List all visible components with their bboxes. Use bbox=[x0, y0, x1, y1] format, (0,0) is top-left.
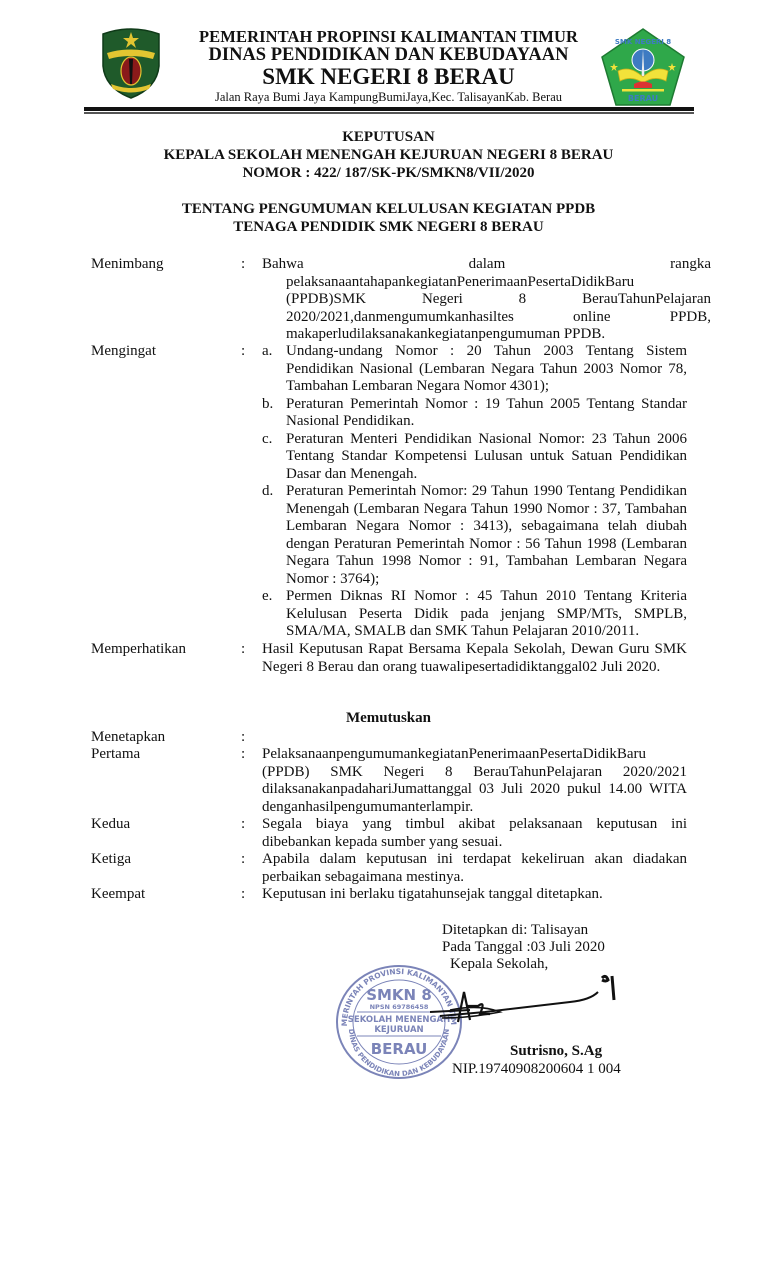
mengingat-item-a: a. Undang-undang Nomor : 20 Tahun 2003 T… bbox=[262, 343, 687, 396]
item-text: Undang-undang Nomor : 20 Tahun 2003 Tent… bbox=[286, 343, 687, 394]
item-text: Peraturan Menteri Pendidikan Nasional No… bbox=[286, 431, 687, 482]
mengingat-item-c: c. Peraturan Menteri Pendidikan Nasional… bbox=[262, 431, 687, 484]
item-letter: b. bbox=[262, 396, 273, 414]
letterhead-school-name: SMK NEGERI 8 BERAU bbox=[0, 64, 777, 90]
letterhead-rule-thick bbox=[84, 107, 694, 111]
keempat-text: Keputusan ini berlaku tigatahunsejak tan… bbox=[262, 886, 687, 904]
memperhatikan-colon: : bbox=[241, 641, 245, 659]
letterhead-rule-thin bbox=[84, 112, 694, 114]
item-letter: c. bbox=[262, 431, 272, 449]
memutuskan-heading: Memutuskan bbox=[0, 710, 777, 727]
mengingat-colon: : bbox=[241, 343, 245, 361]
keempat-label: Keempat bbox=[91, 886, 145, 904]
pertama-text: PelaksanaanpengumumankegiatanPenerimaanP… bbox=[262, 746, 687, 816]
decree-subject-line1: TENTANG PENGUMUMAN KELULUSAN KEGIATAN PP… bbox=[0, 201, 777, 218]
ketiga-text: Apabila dalam keputusan ini terdapat kek… bbox=[262, 851, 687, 886]
stamp-school: SMKN 8 bbox=[366, 986, 432, 1004]
stamp-type-line2: KEJURUAN bbox=[374, 1025, 423, 1035]
letterhead-government: PEMERINTAH PROPINSI KALIMANTAN TIMUR bbox=[0, 27, 777, 47]
decree-number: NOMOR : 422/ 187/SK-PK/SMKN8/VII/2020 bbox=[0, 165, 777, 182]
mengingat-list: a. Undang-undang Nomor : 20 Tahun 2003 T… bbox=[262, 343, 687, 641]
ketiga-colon: : bbox=[241, 851, 245, 869]
memperhatikan-text: Hasil Keputusan Rapat Bersama Kepala Sek… bbox=[262, 641, 687, 676]
item-text: Peraturan Pemerintah Nomor: 29 Tahun 199… bbox=[286, 483, 687, 587]
signature-place: Ditetapkan di: Talisayan bbox=[442, 922, 588, 940]
item-letter: a. bbox=[262, 343, 272, 361]
kedua-text: Segala biaya yang timbul akibat pelaksan… bbox=[262, 816, 687, 851]
signatory-nip: NIP.19740908200604 1 004 bbox=[452, 1061, 621, 1078]
pertama-colon: : bbox=[241, 746, 245, 764]
mengingat-item-e: e. Permen Diknas RI Nomor : 45 Tahun 201… bbox=[262, 588, 687, 641]
letterhead-address: Jalan Raya Bumi Jaya KampungBumiJaya,Kec… bbox=[0, 90, 777, 105]
item-letter: e. bbox=[262, 588, 272, 606]
menetapkan-label: Menetapkan bbox=[91, 729, 165, 747]
ketiga-label: Ketiga bbox=[91, 851, 131, 869]
decree-heading: KEPUTUSAN bbox=[0, 129, 777, 146]
mengingat-item-d: d. Peraturan Pemerintah Nomor: 29 Tahun … bbox=[262, 483, 687, 588]
decree-subject-line2: TENAGA PENDIDIK SMK NEGERI 8 BERAU bbox=[0, 219, 777, 236]
menimbang-colon: : bbox=[241, 256, 245, 274]
kedua-label: Kedua bbox=[91, 816, 130, 834]
stamp-city: BERAU bbox=[371, 1040, 428, 1058]
handwritten-signature-icon bbox=[430, 972, 630, 1032]
menetapkan-colon: : bbox=[241, 729, 245, 747]
signature-date: Pada Tanggal :03 Juli 2020 bbox=[442, 939, 605, 957]
decree-issuer: KEPALA SEKOLAH MENENGAH KEJURUAN NEGERI … bbox=[0, 147, 777, 164]
item-text: Peraturan Pemerintah Nomor : 19 Tahun 20… bbox=[286, 396, 687, 430]
kedua-colon: : bbox=[241, 816, 245, 834]
pertama-label: Pertama bbox=[91, 746, 140, 764]
mengingat-label: Mengingat bbox=[91, 343, 156, 361]
item-letter: d. bbox=[262, 483, 273, 501]
item-text: Permen Diknas RI Nomor : 45 Tahun 2010 T… bbox=[286, 588, 687, 639]
menimbang-label: Menimbang bbox=[91, 256, 164, 274]
memperhatikan-label: Memperhatikan bbox=[91, 641, 186, 659]
letterhead-department: DINAS PENDIDIKAN DAN KEBUDAYAAN bbox=[0, 45, 777, 66]
keempat-colon: : bbox=[241, 886, 245, 904]
menimbang-text: Bahwa dalam rangka pelaksanaantahapankeg… bbox=[262, 256, 711, 344]
stamp-npsn: NPSN 69786458 bbox=[370, 1003, 429, 1011]
mengingat-item-b: b. Peraturan Pemerintah Nomor : 19 Tahun… bbox=[262, 396, 687, 431]
signatory-name: Sutrisno, S.Ag bbox=[510, 1043, 602, 1060]
